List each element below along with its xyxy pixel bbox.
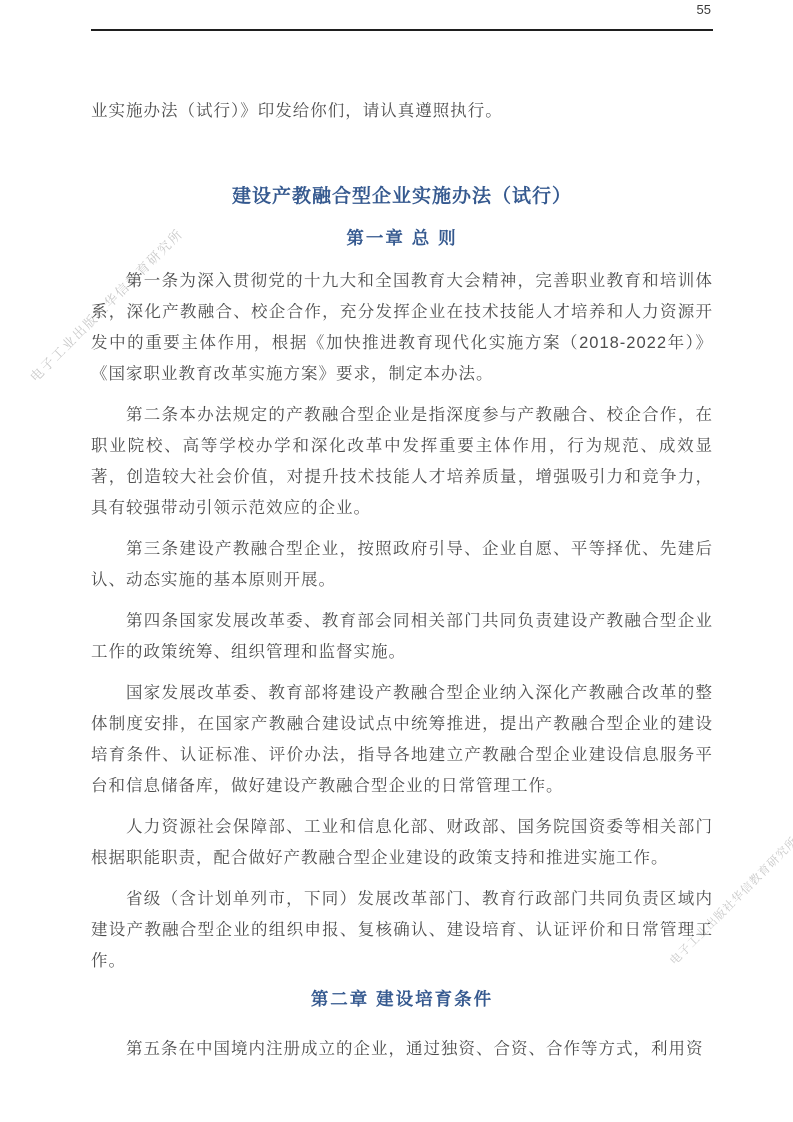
body-paragraph: 国家发展改革委、教育部将建设产教融合型企业纳入深化产教融合改革的整体制度安排，在… — [91, 678, 713, 802]
body-paragraph: 第三条建设产教融合型企业，按照政府引导、企业自愿、平等择优、先建后认、动态实施的… — [91, 534, 713, 596]
body-paragraph: 第五条在中国境内注册成立的企业，通过独资、合资、合作等方式，利用资 — [91, 1034, 713, 1065]
chapter-2-body: 第五条在中国境内注册成立的企业，通过独资、合资、合作等方式，利用资 — [91, 1034, 713, 1065]
body-paragraph: 人力资源社会保障部、工业和信息化部、财政部、国务院国资委等相关部门根据职能职责，… — [91, 812, 713, 874]
chapter-1-body: 第一条为深入贯彻党的十九大和全国教育大会精神，完善职业教育和培训体系，深化产教融… — [91, 266, 713, 977]
body-paragraph: 第四条国家发展改革委、教育部会同相关部门共同负责建设产教融合型企业工作的政策统筹… — [91, 606, 713, 668]
document-page-content: 业实施办法（试行）》印发给你们，请认真遵照执行。 建设产教融合型企业实施办法（试… — [91, 0, 713, 1075]
body-paragraph: 省级（含计划单列市，下同）发展改革部门、教育行政部门共同负责区域内建设产教融合型… — [91, 884, 713, 977]
document-title: 建设产教融合型企业实施办法（试行） — [91, 184, 713, 210]
body-paragraph: 第二条本办法规定的产教融合型企业是指深度参与产教融合、校企合作，在职业院校、高等… — [91, 400, 713, 524]
chapter-1-heading: 第一章 总 则 — [91, 226, 713, 251]
chapter-2-heading: 第二章 建设培育条件 — [91, 987, 713, 1012]
continuation-paragraph: 业实施办法（试行）》印发给你们，请认真遵照执行。 — [91, 96, 713, 127]
body-paragraph: 第一条为深入贯彻党的十九大和全国教育大会精神，完善职业教育和培训体系，深化产教融… — [91, 266, 713, 390]
